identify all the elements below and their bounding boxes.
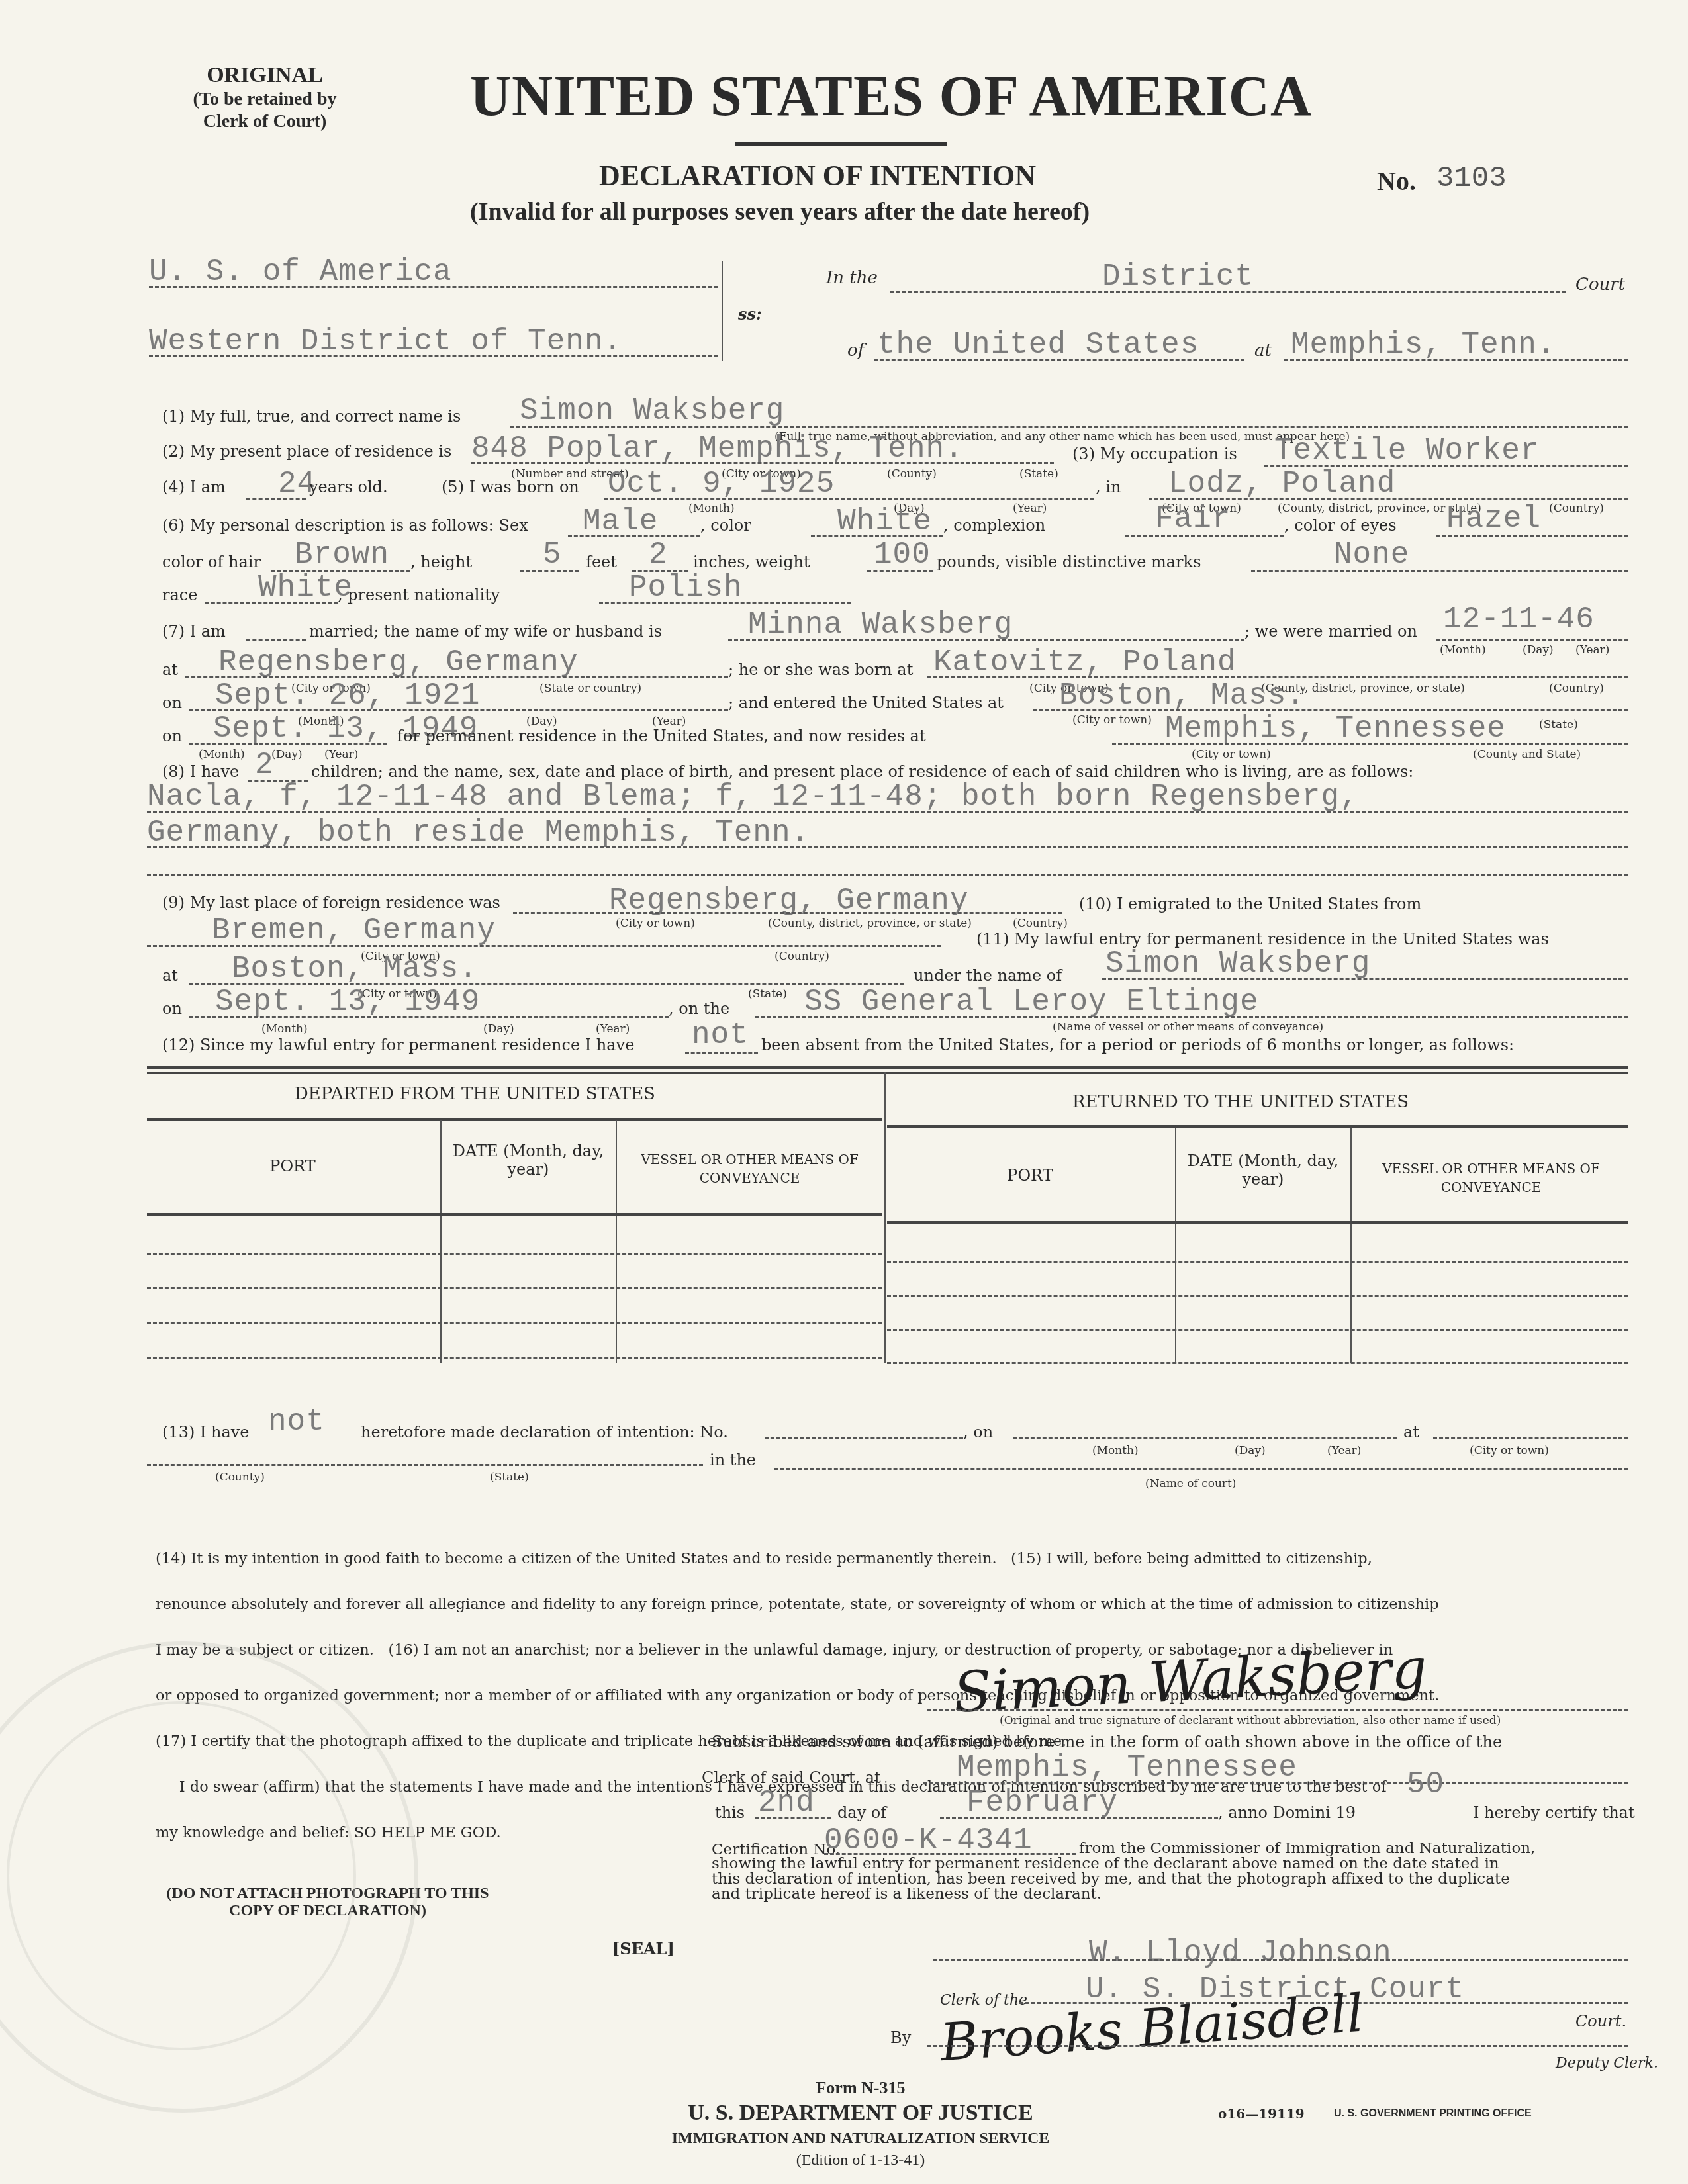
original-title: ORIGINAL	[165, 63, 364, 88]
entry-date: Sept. 13, 1949	[215, 985, 480, 1019]
color: White	[837, 504, 932, 539]
marks: None	[1334, 537, 1409, 572]
q6-label: (6) My personal description is as follow…	[162, 516, 528, 535]
children-count: 2	[255, 748, 274, 782]
at-label: at	[162, 660, 178, 679]
venue-brace	[722, 261, 723, 361]
height-feet: 5	[543, 537, 562, 572]
cert-line: showing the lawful entry for permanent r…	[712, 1856, 1535, 1872]
court-location: Memphis, Tenn.	[1291, 328, 1556, 362]
birth-date: Oct. 9, 1925	[608, 467, 835, 501]
edition: (Edition of 1-13-41)	[596, 2152, 1125, 2169]
nationality-label: , present nationality	[338, 586, 500, 604]
form-number: Form N-315	[596, 2078, 1125, 2098]
table-row	[147, 1287, 882, 1289]
hint-day: (Day)	[526, 715, 557, 728]
jurat-line-1: Subscribed and sworn to (affirmed) befor…	[712, 1733, 1502, 1751]
marks-label: pounds, visible distinctive marks	[937, 553, 1201, 571]
venue-district: Western District of Tenn.	[149, 324, 622, 359]
color-label: , color	[700, 516, 751, 535]
spouse-birth-date: Sept. 26, 1921	[215, 678, 480, 713]
table-row	[147, 1357, 882, 1359]
q7-mid: married; the name of my wife or husband …	[309, 622, 662, 641]
q11-label: (11) My lawful entry for permanent resid…	[976, 930, 1549, 948]
hint-month: (Month)	[261, 1023, 308, 1036]
spouse-name: Minna Waksberg	[748, 608, 1013, 642]
feet-label: feet	[586, 553, 617, 571]
hint-state: (State)	[748, 987, 787, 1001]
at-label-11: at	[162, 966, 178, 985]
hint-city: (City or town)	[1192, 748, 1271, 761]
hint-day: (Day)	[1235, 1444, 1266, 1457]
q7-label: (7) I am	[162, 622, 226, 641]
on-label-2: on	[162, 727, 182, 745]
by-label: By	[890, 2028, 911, 2047]
q12-label: (12) Since my lawful entry for permanent…	[162, 1036, 634, 1054]
embossed-seal-inner	[7, 1701, 356, 2050]
race-label: race	[162, 586, 197, 604]
table-row	[887, 1295, 1628, 1297]
spouse-residence: Memphis, Tennessee	[1165, 711, 1506, 746]
hint-year: (Year)	[652, 715, 686, 728]
weight: 100	[874, 537, 931, 572]
court-type: District	[1102, 259, 1254, 294]
deputy-label: Deputy Clerk.	[1556, 2055, 1658, 2071]
birth-place: Lodz, Poland	[1168, 467, 1395, 501]
col-returned-vessel: VESSEL OR OTHER MEANS OF CONVEYANCE	[1354, 1160, 1628, 1197]
on-the-label: , on the	[669, 999, 729, 1018]
court-of: the United States	[877, 328, 1199, 362]
q4-label: (4) I am	[162, 478, 226, 496]
hint-month: (Month)	[688, 502, 735, 515]
hint-country: (Country)	[1549, 682, 1604, 695]
hint-month: (Month)	[1440, 643, 1486, 657]
married-at: Regensberg, Germany	[218, 645, 579, 680]
ss-label: ss:	[738, 304, 762, 324]
married-on-label: ; we were married on	[1244, 622, 1417, 641]
cert-line: from the Commissioner of Immigration and…	[712, 1841, 1535, 1856]
retained-note-1: (To be retained by	[165, 88, 364, 111]
original-label: ORIGINAL (To be retained by Clerk of Cou…	[165, 63, 364, 133]
hint-day: (Day)	[271, 748, 303, 761]
hint-city: (City or town)	[616, 917, 695, 930]
col-departed-port: PORT	[147, 1157, 438, 1175]
q3-label: (3) My occupation is	[1072, 445, 1237, 463]
declaration-number: 3103	[1436, 162, 1507, 195]
hint-city: (City or town)	[1470, 1444, 1549, 1457]
table-row	[147, 1322, 882, 1324]
complexion: Fair	[1155, 502, 1231, 536]
court-label: Court	[1575, 275, 1625, 295]
children-line-2: Germany, both reside Memphis, Tenn.	[147, 815, 810, 850]
jurat-place: Memphis, Tennessee	[957, 1751, 1297, 1785]
complexion-label: , complexion	[943, 516, 1045, 535]
number-label: No.	[1377, 165, 1416, 197]
full-name: Simon Waksberg	[520, 394, 784, 428]
q8-label: (8) I have	[162, 762, 239, 781]
hint-country: (Country)	[1549, 502, 1604, 515]
hint-month: (Month)	[1092, 1444, 1139, 1457]
q8-text: children; and the name, sex, date and pl…	[311, 762, 1413, 781]
under-name-label: under the name of	[914, 966, 1062, 985]
service: IMMIGRATION AND NATURALIZATION SERVICE	[596, 2130, 1125, 2148]
hint-year: (Year)	[1327, 1444, 1361, 1457]
q12-value: not	[692, 1018, 749, 1052]
on-label: on	[162, 694, 182, 712]
table-row	[147, 1253, 882, 1255]
oath-line: renounce absolutely and forever all alle…	[156, 1597, 1439, 1612]
at-label-13: at	[1403, 1423, 1419, 1441]
hint-year: (Year)	[1013, 502, 1047, 515]
signature-hint: (Original and true signature of declaran…	[1000, 1714, 1501, 1727]
this-label: this	[715, 1803, 745, 1822]
jurat-month: February	[966, 1786, 1118, 1820]
entry-place: Boston, Mass.	[232, 952, 478, 986]
q12-text: been absent from the United States, for …	[761, 1036, 1514, 1054]
hint-county: (County)	[215, 1471, 265, 1484]
jurat-year: 50	[1407, 1767, 1444, 1801]
title-rule	[735, 142, 947, 146]
hint-country: (Country)	[1013, 917, 1068, 930]
q4-suffix: years old.	[309, 478, 388, 496]
q9-label: (9) My last place of foreign residence w…	[162, 893, 500, 912]
of-label: of	[847, 341, 864, 361]
hint-year: (Year)	[1575, 643, 1609, 657]
emigrated-from: Bremen, Germany	[212, 913, 496, 948]
hair: Brown	[295, 537, 389, 572]
hint-year: (Year)	[324, 748, 358, 761]
hint-province: (County, district, province, or state)	[768, 917, 972, 930]
col-returned-port: PORT	[887, 1166, 1173, 1185]
country-title: UNITED STATES OF AMERICA	[470, 63, 1312, 129]
hint-country: (Country)	[774, 950, 829, 963]
cert-text: from the Commissioner of Immigration and…	[712, 1841, 1535, 1902]
q5-label: (5) I was born on	[442, 478, 579, 496]
print-code: o16—19119	[1218, 2106, 1305, 2122]
married-on: 12-11-46	[1443, 602, 1595, 637]
hint-court: (Name of court)	[1145, 1477, 1236, 1490]
at-label: at	[1254, 341, 1272, 361]
department: U. S. DEPARTMENT OF JUSTICE	[596, 2101, 1125, 2126]
spouse-entry-place: Boston, Mass.	[1059, 678, 1305, 713]
eyes: Hazel	[1446, 502, 1541, 536]
children-line-1: Nacla, f, 12-11-48 and Blema; f, 12-11-4…	[147, 780, 1359, 814]
table-row	[887, 1329, 1628, 1331]
table-row	[887, 1362, 1628, 1364]
cert-line: this declaration of intention, has been …	[712, 1872, 1535, 1887]
hint-month: (Month)	[199, 748, 245, 761]
hint-day: (Day)	[483, 1023, 514, 1036]
hair-label: color of hair	[162, 553, 261, 571]
clerk-at-label: Clerk of said Court, at	[702, 1768, 881, 1787]
in-the-label: In the	[826, 268, 878, 288]
form-subtitle: (Invalid for all purposes seven years af…	[470, 197, 1090, 226]
permanent-label: for permanent residence in the United St…	[397, 727, 926, 745]
footer-block: Form N-315 U. S. DEPARTMENT OF JUSTICE I…	[596, 2078, 1125, 2169]
on-label-11: on	[162, 999, 182, 1018]
jurat-day: 2nd	[758, 1786, 815, 1820]
in-the-label-13: in the	[710, 1451, 756, 1469]
sex: Male	[583, 504, 658, 539]
vessel: SS General Leroy Eltinge	[804, 985, 1259, 1019]
hint-state: (State)	[1539, 718, 1578, 731]
clerk-name: W. Lloyd Johnson	[1089, 1936, 1392, 1970]
residence: 848 Poplar, Memphis, Tenn.	[471, 432, 964, 466]
col-departed-date: DATE (Month, day, year)	[442, 1142, 614, 1179]
printer: U. S. GOVERNMENT PRINTING OFFICE	[1334, 2108, 1532, 2120]
cert-line: and triplicate hereof is a likeness of t…	[712, 1887, 1535, 1902]
clerk-of-label: Clerk of the	[940, 1992, 1027, 2009]
q2-label: (2) My present place of residence is	[162, 442, 451, 461]
departed-header: DEPARTED FROM THE UNITED STATES	[295, 1084, 655, 1104]
height-label: , height	[410, 553, 472, 571]
on-label-13: , on	[963, 1423, 993, 1441]
table-row	[887, 1261, 1628, 1263]
col-returned-date: DATE (Month, day, year)	[1177, 1152, 1349, 1189]
court-suffix: Court.	[1575, 2012, 1626, 2030]
q13-label: (13) I have	[162, 1423, 250, 1441]
spouse-birthplace: Katovitz, Poland	[933, 645, 1237, 680]
in-label: , in	[1096, 478, 1121, 496]
hint-county-state: (County and State)	[1473, 748, 1581, 761]
hint-state: (State)	[490, 1471, 529, 1484]
inches-label: inches, weight	[693, 553, 810, 571]
q13-text: heretofore made declaration of intention…	[361, 1423, 728, 1441]
anno-label: , anno Domini 19	[1218, 1803, 1356, 1822]
q1-label: (1) My full, true, and correct name is	[162, 407, 461, 426]
venue-state: U. S. of America	[149, 255, 452, 289]
hint-city: (City or town)	[1072, 713, 1152, 727]
form-title: DECLARATION OF INTENTION	[599, 159, 1036, 193]
q13-value: not	[268, 1404, 325, 1439]
height-inches: 2	[649, 537, 668, 572]
spouse-born-label: ; he or she was born at	[728, 660, 913, 679]
hint-day: (Day)	[1523, 643, 1554, 657]
hint-state-country: (State or country)	[539, 682, 641, 695]
hint-state: (State)	[1019, 467, 1058, 480]
returned-header: RETURNED TO THE UNITED STATES	[1072, 1092, 1409, 1112]
hint-county: (County)	[887, 467, 937, 480]
q10-label: (10) I emigrated to the United States fr…	[1079, 895, 1421, 913]
hint-year: (Year)	[596, 1023, 630, 1036]
entry-name: Simon Waksberg	[1105, 946, 1370, 981]
col-departed-vessel: VESSEL OR OTHER MEANS OF CONVEYANCE	[619, 1150, 880, 1187]
oath-line: (14) It is my intention in good faith to…	[156, 1551, 1439, 1567]
day-of-label: day of	[837, 1803, 886, 1822]
nationality: Polish	[629, 570, 743, 605]
seal-label: [SEAL]	[612, 1939, 675, 1958]
certify-label: I hereby certify that	[1473, 1803, 1635, 1822]
eyes-label: , color of eyes	[1284, 516, 1397, 535]
retained-note-2: Clerk of Court)	[165, 111, 364, 133]
entered-label: ; and entered the United States at	[728, 694, 1004, 712]
occupation: Textile Worker	[1274, 433, 1539, 468]
vessel-hint: (Name of vessel or other means of convey…	[1053, 1021, 1323, 1034]
